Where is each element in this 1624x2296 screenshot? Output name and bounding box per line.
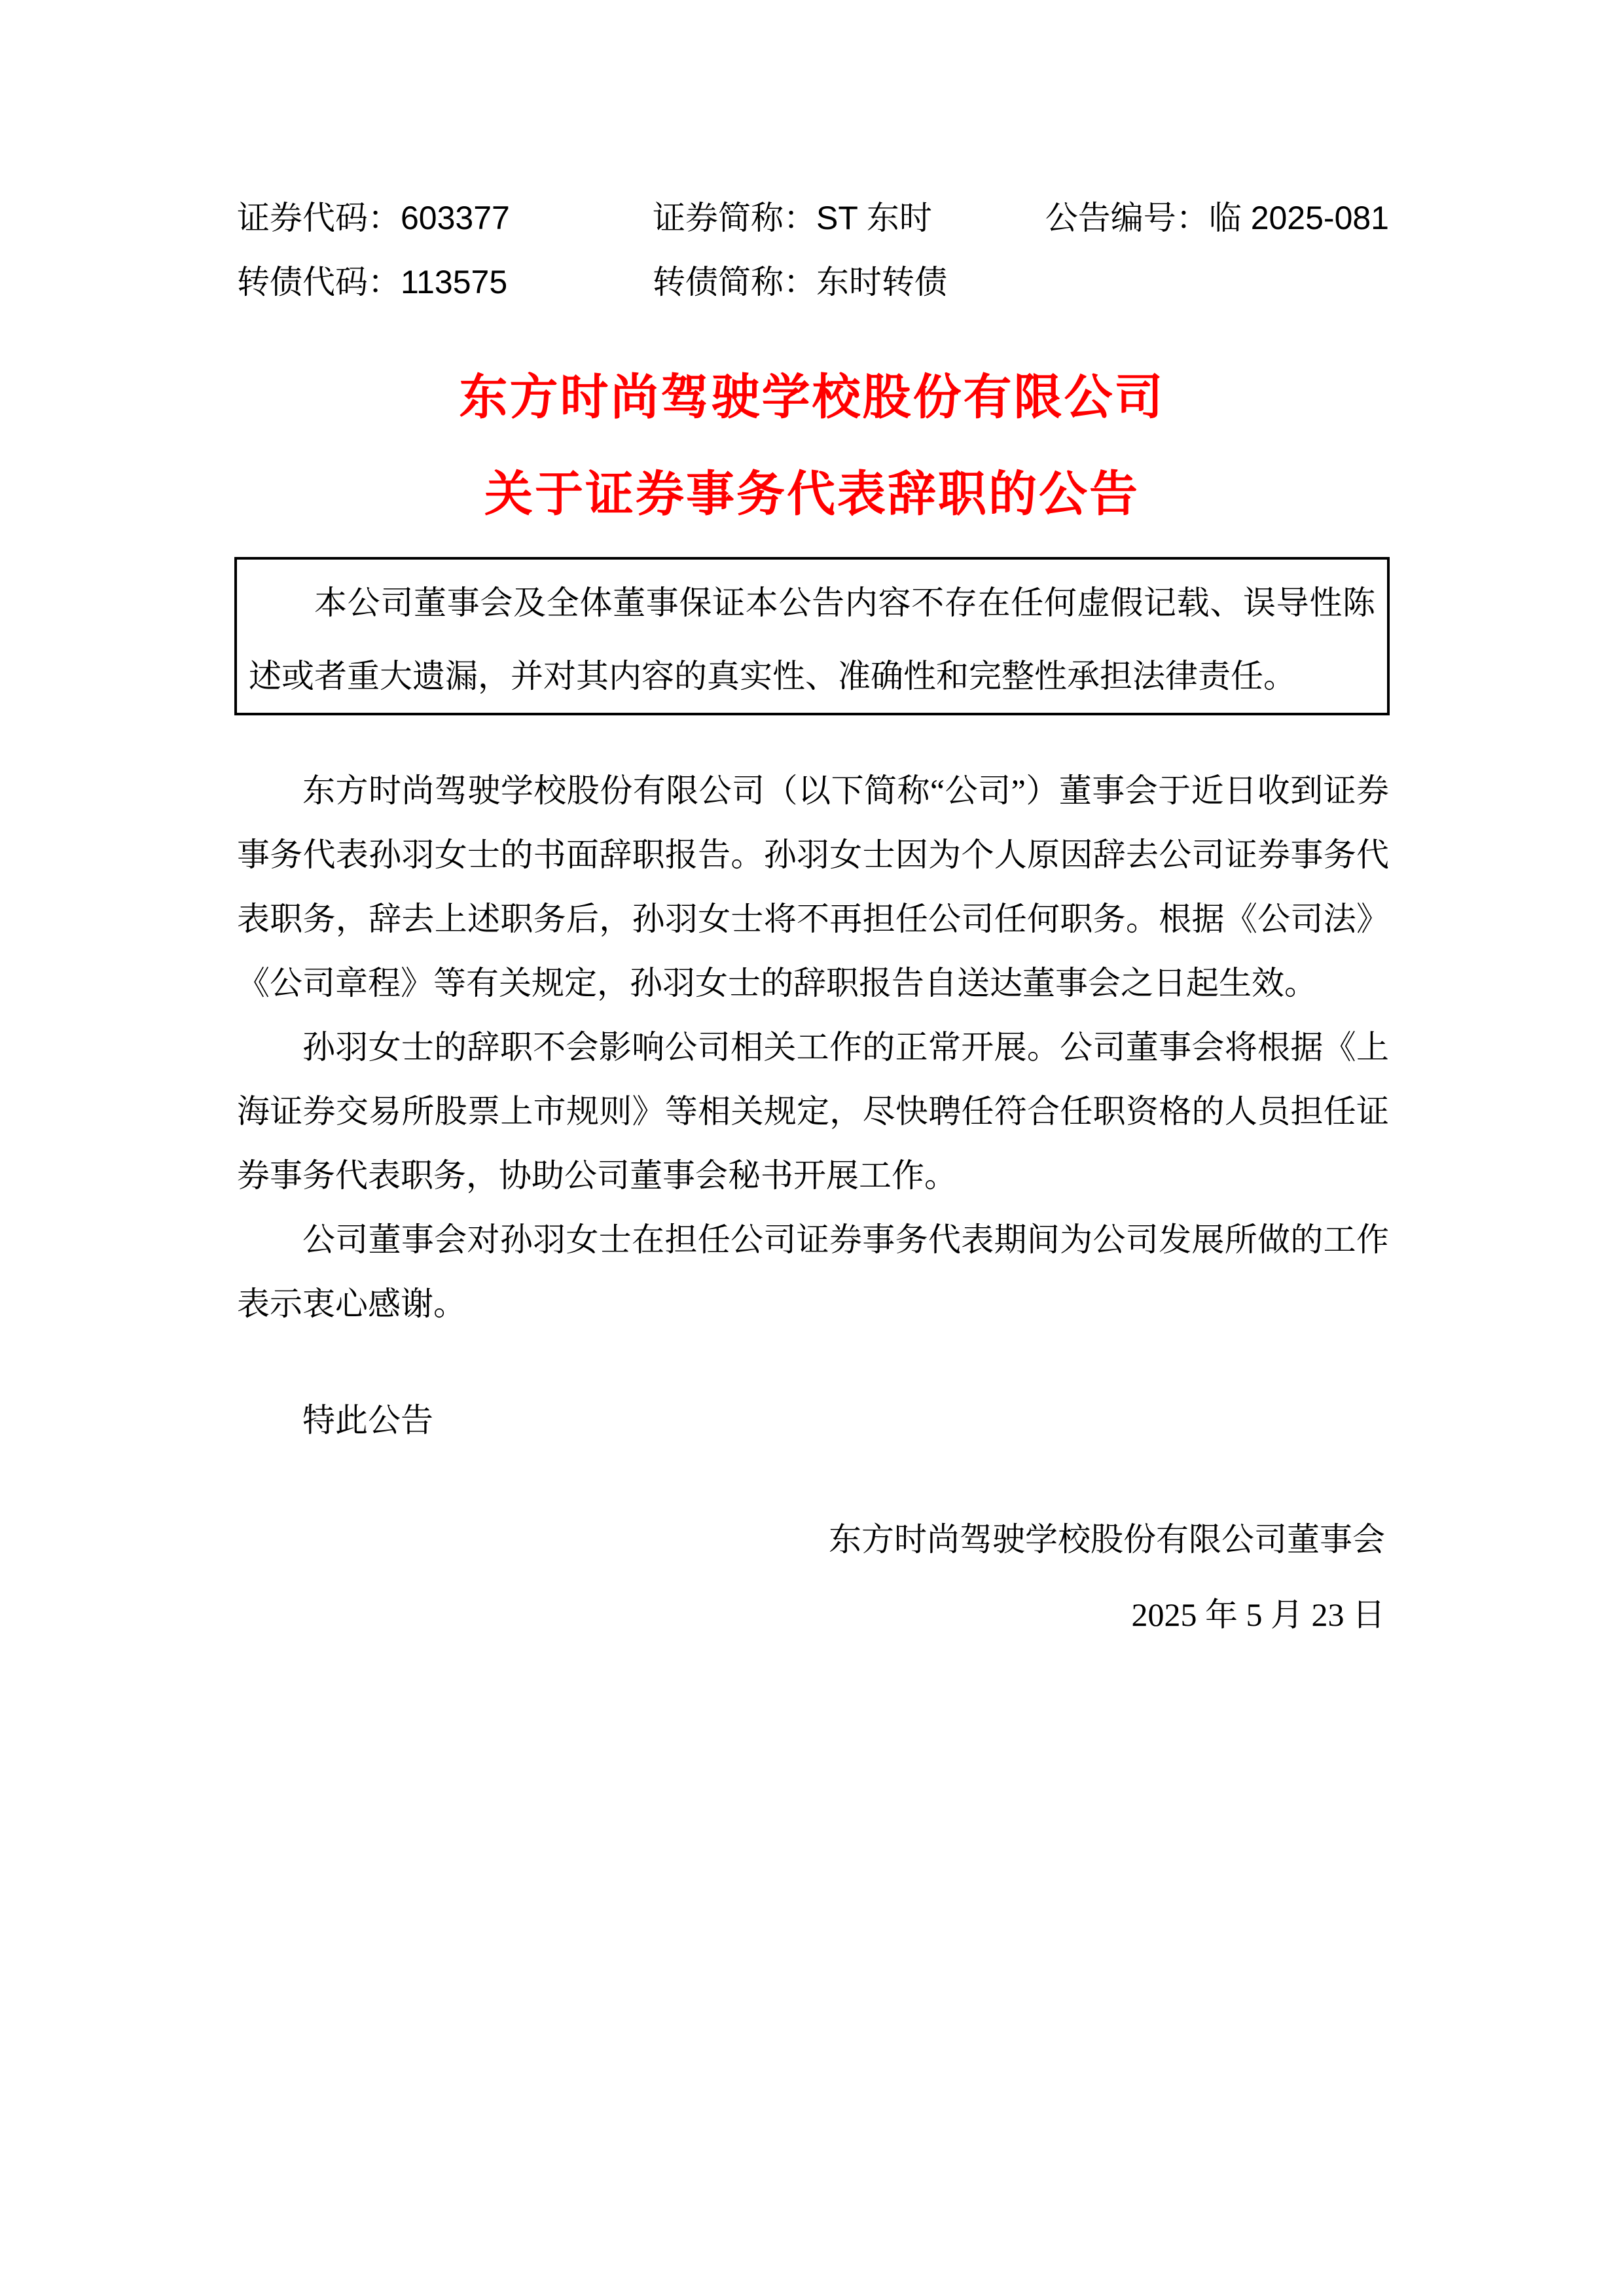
bond-code-row: 转债代码：113575 转债简称：东时转债: [237, 250, 1389, 314]
bond-code-value: 113575: [401, 264, 507, 300]
securities-code-row: 证券代码：603377 证券简称：ST 东时 公告编号：临 2025-081: [237, 186, 1389, 250]
stock-code-value: 603377: [401, 200, 510, 236]
board-signature: 东方时尚驾驶学校股份有限公司董事会: [829, 1507, 1385, 1571]
announcement-number-value: 临 2025-081: [1209, 200, 1389, 236]
bond-abbr-label: 转债简称：: [653, 264, 816, 300]
announcement-page: 证券代码：603377 证券简称：ST 东时 公告编号：临 2025-081 转…: [0, 0, 1624, 2296]
bond-code: 转债代码：113575: [237, 250, 507, 314]
body-paragraph: 孙羽女士的辞职不会影响公司相关工作的正常开展。公司董事会将根据《上海证券交易所股…: [237, 1015, 1389, 1208]
stock-abbr-value: ST 东时: [816, 200, 932, 236]
bond-abbr: 转债简称：东时转债: [653, 250, 947, 314]
body-paragraph: 公司董事会对孙羽女士在担任公司证券事务代表期间为公司发展所做的工作表示衷心感谢。: [237, 1208, 1389, 1336]
announcement-number: 公告编号：临 2025-081: [1045, 186, 1389, 250]
announcement-number-label: 公告编号：: [1045, 200, 1209, 236]
announcement-body: 东方时尚驾驶学校股份有限公司（以下简称“公司”）董事会于近日收到证券事务代表孙羽…: [237, 759, 1389, 1336]
announcement-date: 2025 年 5 月 23 日: [1132, 1583, 1386, 1647]
announcement-title: 关于证券事务代表辞职的公告: [0, 445, 1624, 543]
stock-abbr: 证券简称：ST 东时: [653, 186, 932, 250]
disclaimer-text: 本公司董事会及全体董事保证本公告内容不存在任何虚假记载、误导性陈述或者重大遗漏，…: [237, 560, 1387, 713]
stock-code: 证券代码：603377: [237, 186, 510, 250]
disclaimer-box: 本公司董事会及全体董事保证本公告内容不存在任何虚假记载、误导性陈述或者重大遗漏，…: [234, 557, 1390, 715]
bond-code-label: 转债代码：: [237, 264, 401, 300]
body-paragraph: 东方时尚驾驶学校股份有限公司（以下简称“公司”）董事会于近日收到证券事务代表孙羽…: [237, 759, 1389, 1015]
bond-abbr-value: 东时转债: [816, 264, 947, 300]
closing-statement: 特此公告: [237, 1388, 433, 1452]
stock-code-label: 证券代码：: [237, 200, 401, 236]
stock-abbr-label: 证券简称：: [653, 200, 816, 236]
company-name-title: 东方时尚驾驶学校股份有限公司: [0, 348, 1624, 446]
